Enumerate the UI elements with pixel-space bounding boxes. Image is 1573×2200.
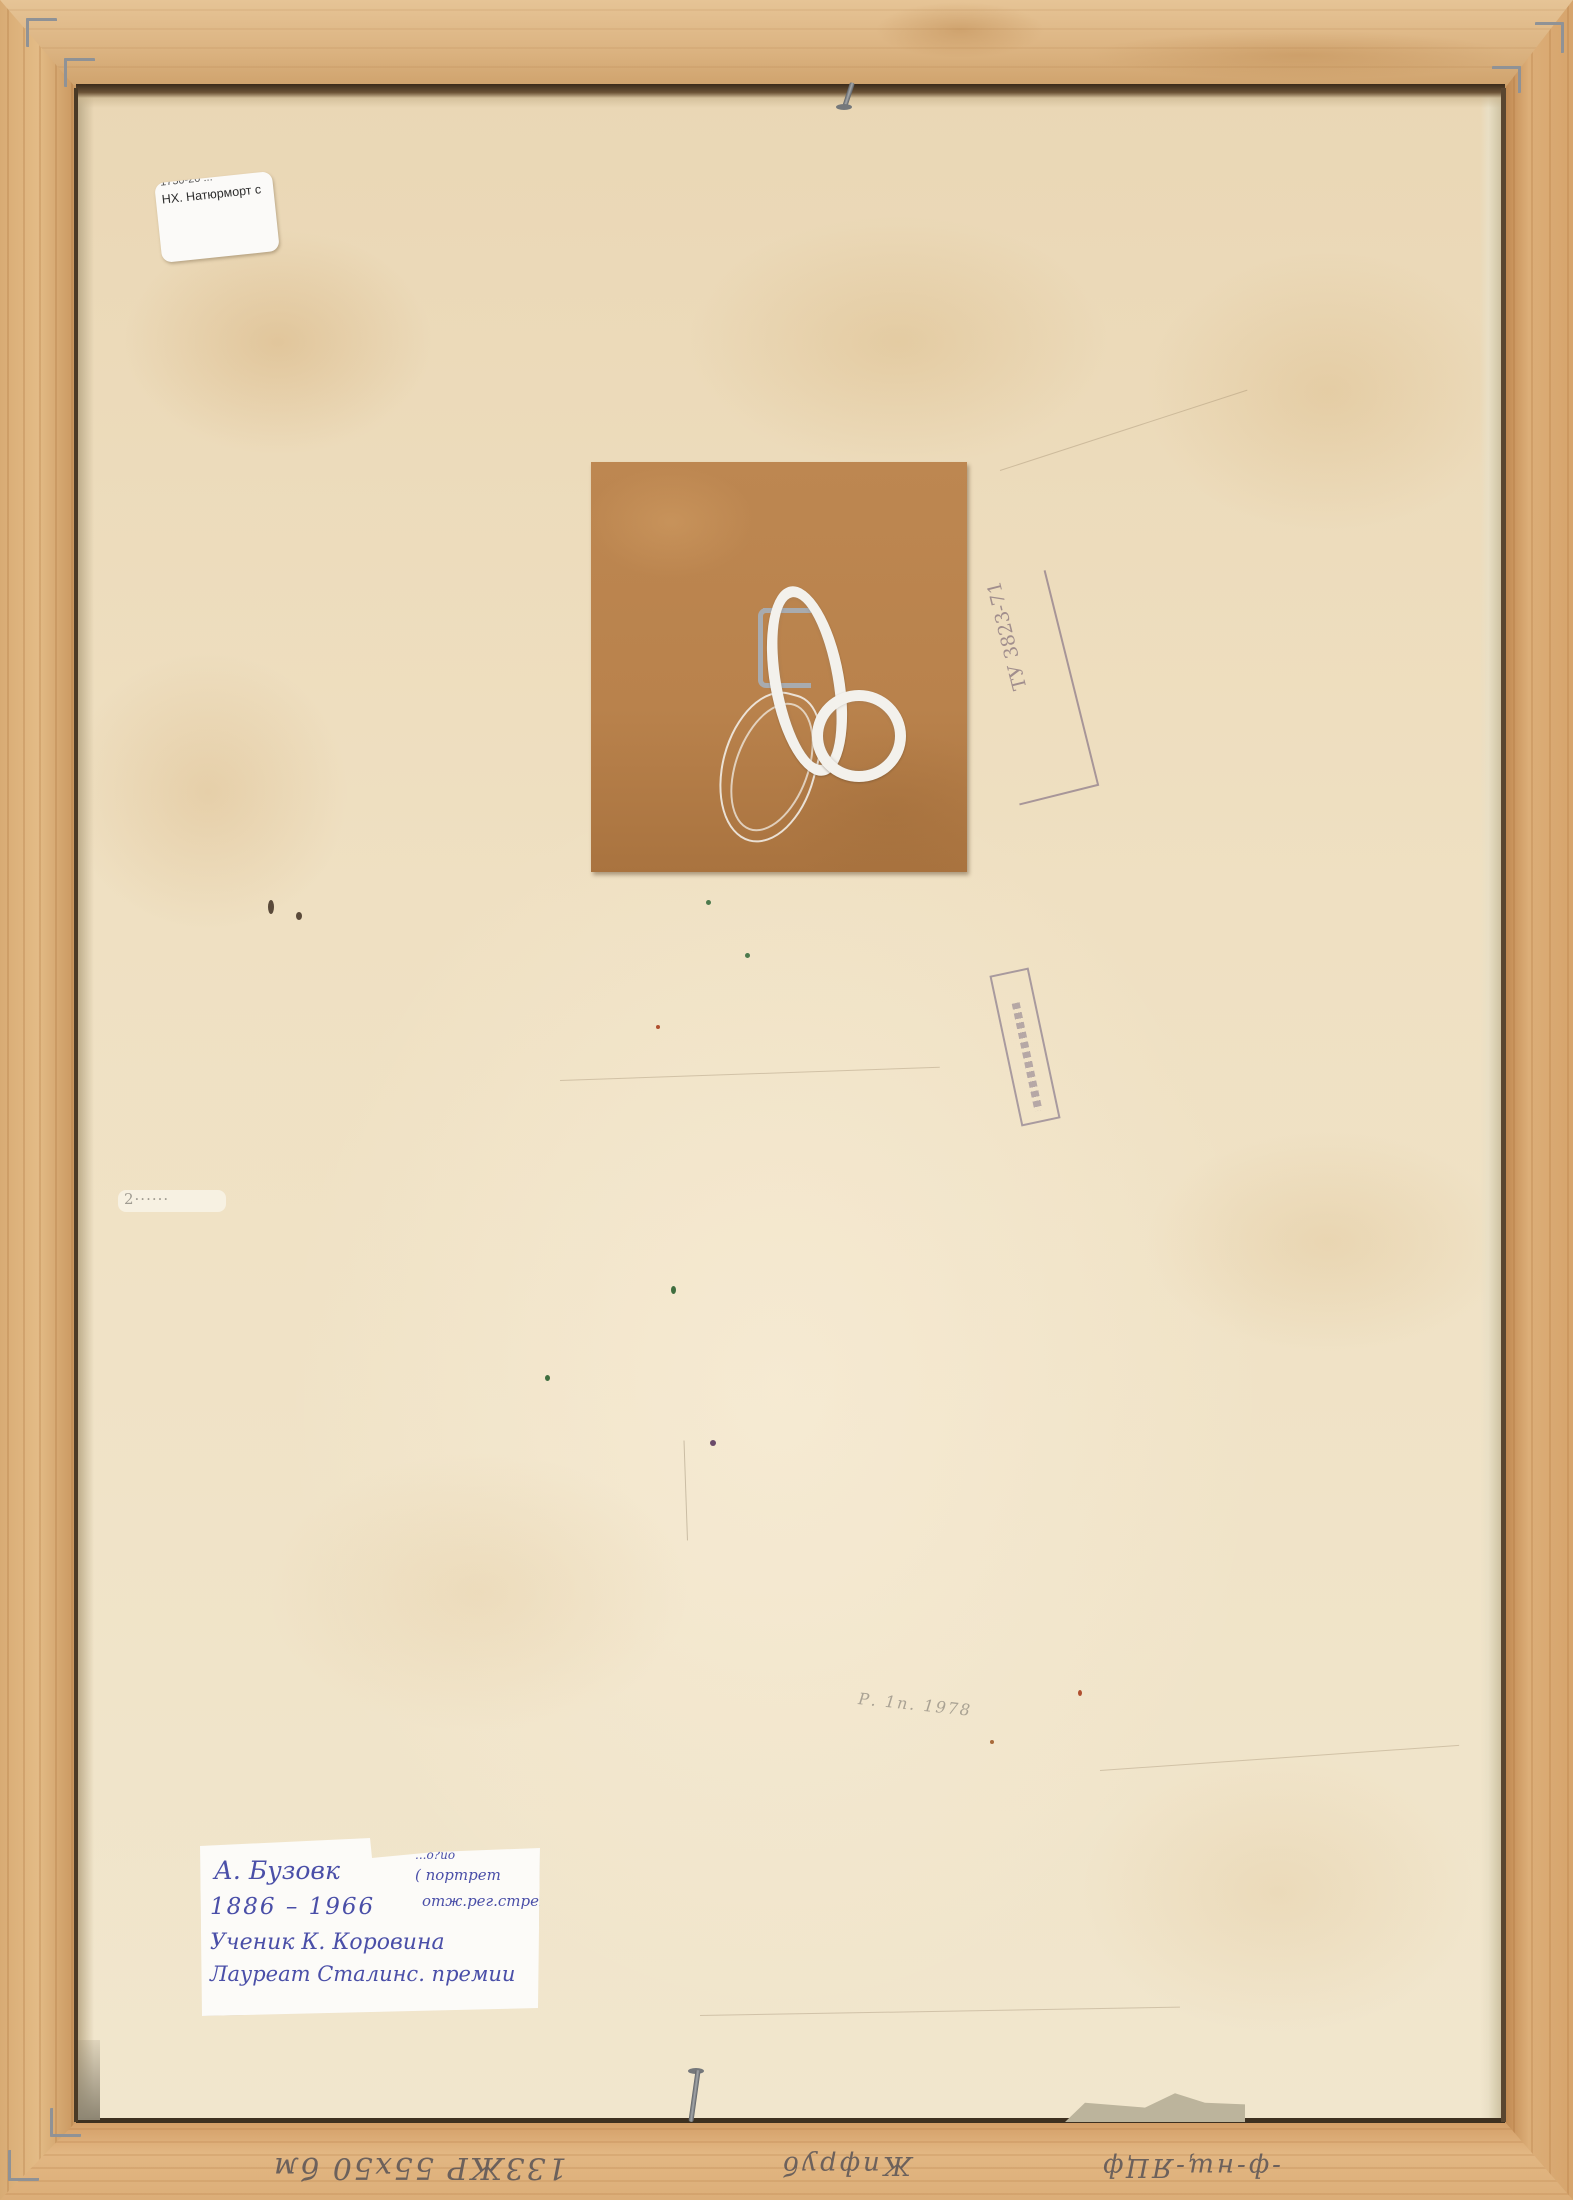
faded-inventory-number: 2······ [124, 1190, 169, 1208]
note-teacher: Ученик К. Коровина [210, 1930, 445, 1955]
note-fragment: отж.рег.стрел [422, 1892, 549, 1910]
paint-speck [268, 900, 274, 914]
hanging-cord-knot [812, 690, 906, 782]
handwritten-provenance-note: А. Бузовк ...о?ио ( портрет 1886 – 1966 … [200, 1838, 540, 2016]
paint-speck [710, 1440, 716, 1446]
staple-icon [8, 2150, 39, 2181]
frame-inner-shadow [76, 2118, 1505, 2123]
frame-rail-left [0, 0, 76, 2200]
board-edge [1480, 92, 1501, 2120]
staple-icon [26, 18, 57, 47]
paint-speck [671, 1286, 676, 1294]
paint-speck [296, 912, 302, 920]
frame-pencil-inscription: -ф-нщ-ЯЦф [1100, 2152, 1281, 2182]
frame-pencil-inscription: 133ЖР 55х50 бм [272, 2150, 567, 2185]
frame-rail-right [1505, 0, 1573, 2200]
board-damage [78, 2040, 100, 2120]
note-fragment: ( портрет [415, 1866, 501, 1884]
paint-speck [990, 1740, 994, 1744]
paint-speck [545, 1375, 550, 1381]
frame-pencil-inscription: Жпфруб [780, 2150, 912, 2180]
paint-speck [745, 953, 750, 958]
frame-inner-shadow [76, 84, 1505, 98]
catalog-sticker: 1750-20 ... НХ. Натюрморт с [154, 171, 280, 263]
stamp-text-illegible [1012, 1002, 1043, 1111]
frame-inner-shadow [74, 88, 78, 2122]
staple-icon [64, 58, 95, 87]
note-award: Лауреат Сталинс. премии [210, 1962, 515, 1986]
staple-icon [1535, 22, 1564, 53]
note-life-dates: 1886 – 1966 [210, 1894, 375, 1920]
backing-board [78, 92, 1501, 2120]
tu-stamp-text: ТУ 3823-71 [983, 579, 1031, 692]
note-artist-name: А. Бузовк [214, 1856, 340, 1885]
nail-head [836, 104, 852, 110]
frame-inner-shadow [1501, 88, 1506, 2122]
board-edge [78, 92, 94, 2120]
paint-speck [1078, 1690, 1082, 1696]
paint-speck [706, 900, 711, 905]
paint-speck [656, 1025, 660, 1029]
frame-rail-top [0, 0, 1573, 88]
